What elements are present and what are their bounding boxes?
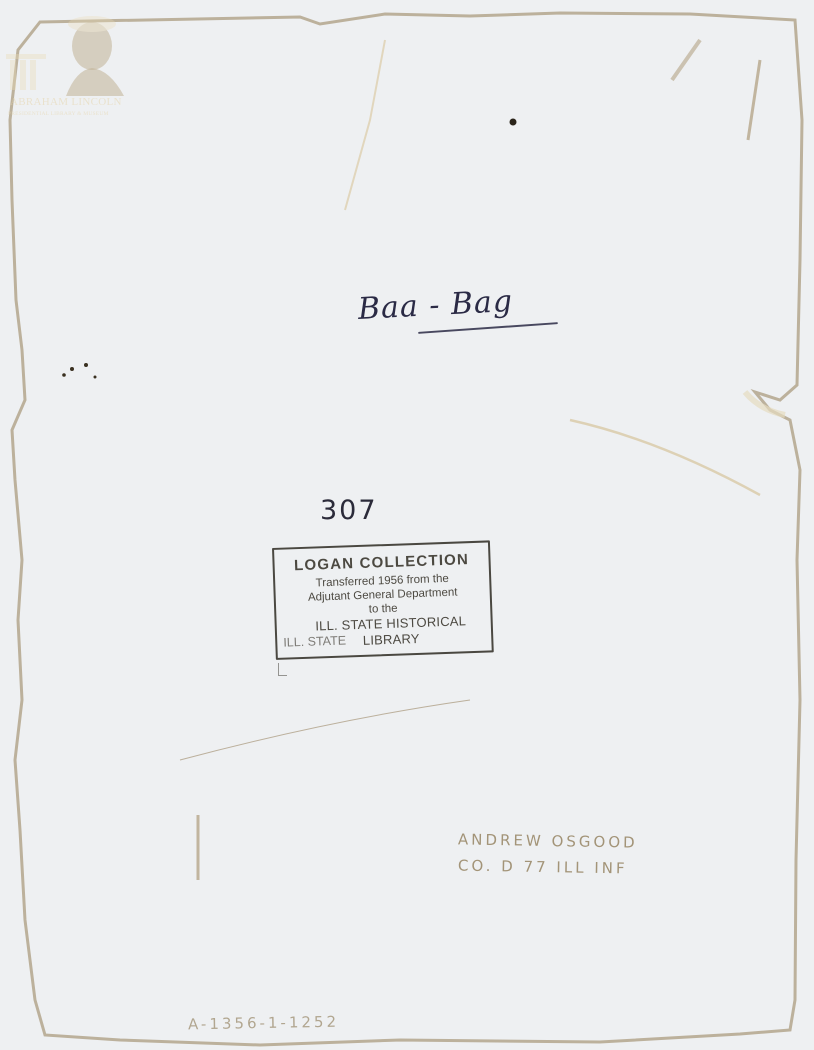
pencil-note-unit: CO. D 77 ILL INF	[458, 857, 628, 878]
watermark-subtitle: PRESIDENTIAL LIBRARY & MUSEUM	[8, 111, 109, 117]
collection-stamp: LOGAN COLLECTION Transferred 1956 from t…	[272, 540, 494, 660]
watermark-title: ABRAHAM LINCOLN	[10, 96, 122, 108]
lincoln-portrait-icon	[6, 10, 136, 96]
pencil-note-name: ANDREW OSGOOD	[458, 830, 638, 851]
document-paper	[0, 0, 814, 1050]
handwritten-number: 307	[320, 495, 378, 526]
stamp-overstrike: ILL. STATE	[283, 633, 346, 649]
stamp-double-edge	[278, 663, 287, 676]
pencil-note-catalog: A-1356-1-1252	[188, 1013, 339, 1034]
watermark-logo: ABRAHAM LINCOLN PRESIDENTIAL LIBRARY & M…	[6, 10, 136, 122]
